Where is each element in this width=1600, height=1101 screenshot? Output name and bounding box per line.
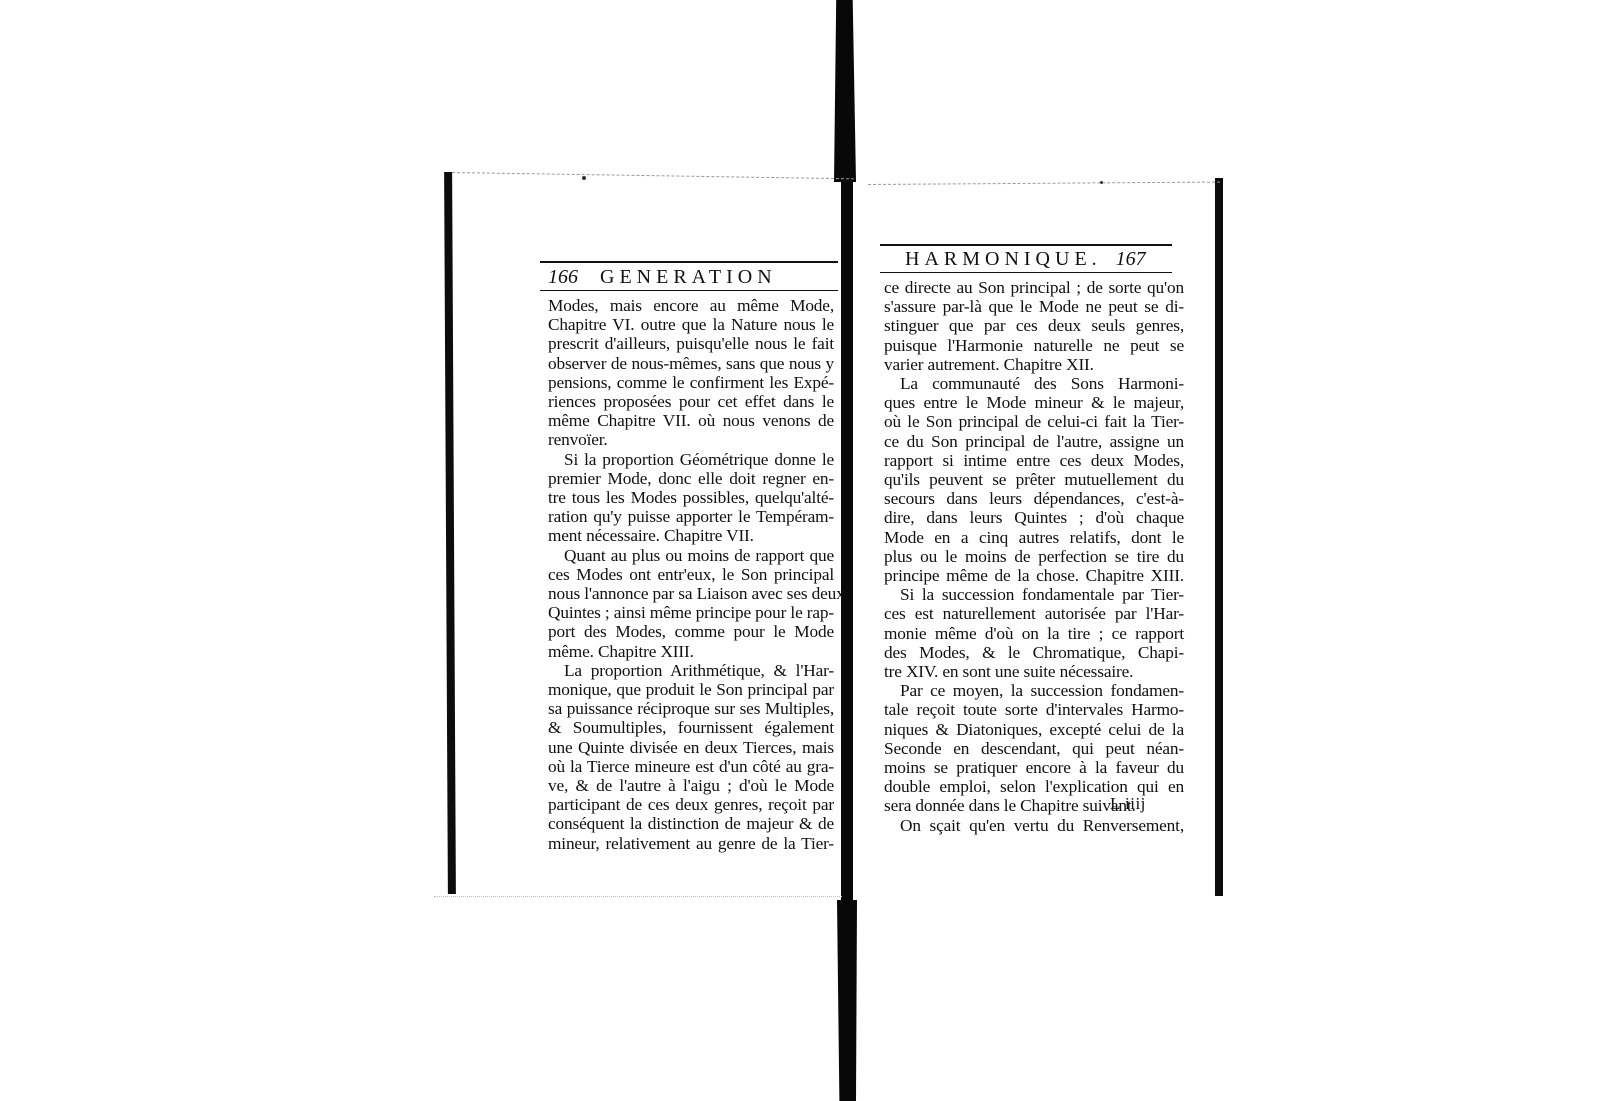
scan-speck [1100, 181, 1103, 184]
text-line: ques entre le Mode mineur & le majeur, [884, 393, 1184, 412]
text-line: port des Modes, comme pour le Mode [548, 622, 834, 641]
left-head-rule-top [540, 261, 838, 263]
text-line: Mode en a cinq autres relatifs, dont le [884, 528, 1184, 547]
right-running-head: HARMONIQUE.167 [905, 248, 1146, 271]
book-gutter [841, 182, 853, 900]
signature-mark: L iiij [1110, 794, 1146, 814]
text-line: moins se pratiquer encore à la faveur du [884, 758, 1184, 777]
text-line: des Modes, & le Chromatique, Chapi- [884, 643, 1184, 662]
text-line: ration qu'y puisse apporter le Tempéram- [548, 507, 834, 526]
running-title-left: GENERATION [600, 266, 777, 288]
text-line: mineur, relativement au genre de la Tier… [548, 834, 834, 853]
left-page-edge [444, 172, 456, 894]
left-head-rule-bottom [540, 290, 838, 291]
text-line: nous l'annonce par sa Liaison avec ses d… [548, 584, 834, 603]
text-line: monie même d'où on la tire ; ce rapport [884, 624, 1184, 643]
text-line: tre tous les Modes possibles, quelqu'alt… [548, 488, 834, 507]
text-line: ce directe au Son principal ; de sorte q… [884, 278, 1184, 297]
text-line: premier Mode, donc elle doit regner en- [548, 469, 834, 488]
text-line: observer de nous-mêmes, sans que nous y [548, 354, 834, 373]
text-line: rapport si intime entre ces deux Modes, [884, 451, 1184, 470]
text-line: & Soumultiples, fournissent également [548, 718, 834, 737]
page-number-right: 167 [1116, 248, 1146, 270]
text-line: participant de ces deux genres, reçoit p… [548, 795, 834, 814]
text-line: s'assure par-là que le Mode ne peut se d… [884, 297, 1184, 316]
text-line: On sçait qu'en vertu du Renversement, [884, 816, 1184, 835]
text-line: Si la succession fondamentale par Tier- [884, 585, 1184, 604]
text-line: niques & Diatoniques, excepté celui de l… [884, 720, 1184, 739]
text-line: tale reçoit toute sorte d'intervales Har… [884, 700, 1184, 719]
book-spine-shadow-bottom [837, 900, 857, 1101]
text-line: ces Modes ont entr'eux, le Son principal [548, 565, 834, 584]
text-line: ce du Son principal de l'autre, assigne … [884, 432, 1184, 451]
text-line: conséquent la distinction de majeur & de [548, 814, 834, 833]
text-line: tre XIV. en sont une suite nécessaire. [884, 662, 1184, 681]
text-line: qu'ils peuvent se prêter mutuellement du [884, 470, 1184, 489]
text-line: secours dans leurs dépendances, c'est-à- [884, 489, 1184, 508]
right-page-text: ce directe au Son principal ; de sorte q… [884, 278, 1184, 835]
left-page-text: Modes, mais encore au même Mode,Chapitre… [548, 296, 834, 853]
right-page-top-edge [868, 182, 1220, 185]
text-line: La communauté des Sons Harmoni- [884, 374, 1184, 393]
running-title-right: HARMONIQUE. [905, 248, 1102, 270]
text-line: ve, & de l'autre à l'aigu ; d'où le Mode [548, 776, 834, 795]
right-head-rule-bottom [880, 272, 1172, 273]
text-line: pensions, comme le confirment les Expé- [548, 373, 834, 392]
text-line: Chapitre VI. outre que la Nature nous le [548, 315, 834, 334]
text-line: Quintes ; ainsi même principe pour le ra… [548, 603, 834, 622]
page-number-left: 166 [548, 266, 578, 288]
right-head-rule-top [880, 244, 1172, 246]
text-line: où la Tierce mineure est d'un côté au gr… [548, 757, 834, 776]
text-line: principe même de la chose. Chapitre XIII… [884, 566, 1184, 585]
text-line: Modes, mais encore au même Mode, [548, 296, 834, 315]
text-line: une Quinte divisée en deux Tierces, mais [548, 738, 834, 757]
text-line: dire, dans leurs Quintes ; d'où chaque [884, 508, 1184, 527]
right-page-edge [1215, 178, 1223, 896]
text-line: varier autrement. Chapitre XII. [884, 355, 1184, 374]
left-page-top-edge [452, 172, 854, 179]
text-line: Quant au plus ou moins de rapport que [548, 546, 834, 565]
text-line: prescrit d'ailleurs, puisqu'elle nous le… [548, 334, 834, 353]
text-line: puisque l'Harmonie naturelle ne peut se [884, 336, 1184, 355]
text-line: où le Son principal de celui-ci fait la … [884, 412, 1184, 431]
text-line: stinguer que par ces deux seuls genres, [884, 316, 1184, 335]
left-page-bottom-edge [434, 896, 842, 897]
text-line: Par ce moyen, la succession fondamen- [884, 681, 1184, 700]
text-line: La proportion Arithmétique, & l'Har- [548, 661, 834, 680]
text-line: monique, que produit le Son principal pa… [548, 680, 834, 699]
text-line: Seconde en descendant, qui peut néan- [884, 739, 1184, 758]
book-spine-shadow-top [834, 0, 856, 182]
text-line: sa puissance réciproque sur ses Multiple… [548, 699, 834, 718]
text-line: riences proposées pour cet effet dans le [548, 392, 834, 411]
text-line: même Chapitre VII. où nous venons de [548, 411, 834, 430]
text-line: ces est naturellement autorisée par l'Ha… [884, 604, 1184, 623]
text-line: Si la proportion Géométrique donne le [548, 450, 834, 469]
text-line: plus ou le moins de perfection se tire d… [884, 547, 1184, 566]
text-line: même. Chapitre XIII. [548, 642, 834, 661]
text-line: ment nécessaire. Chapitre VII. [548, 526, 834, 545]
text-line: renvoïer. [548, 430, 834, 449]
left-running-head: 166GENERATION [548, 266, 777, 289]
scan-speck [582, 176, 586, 180]
